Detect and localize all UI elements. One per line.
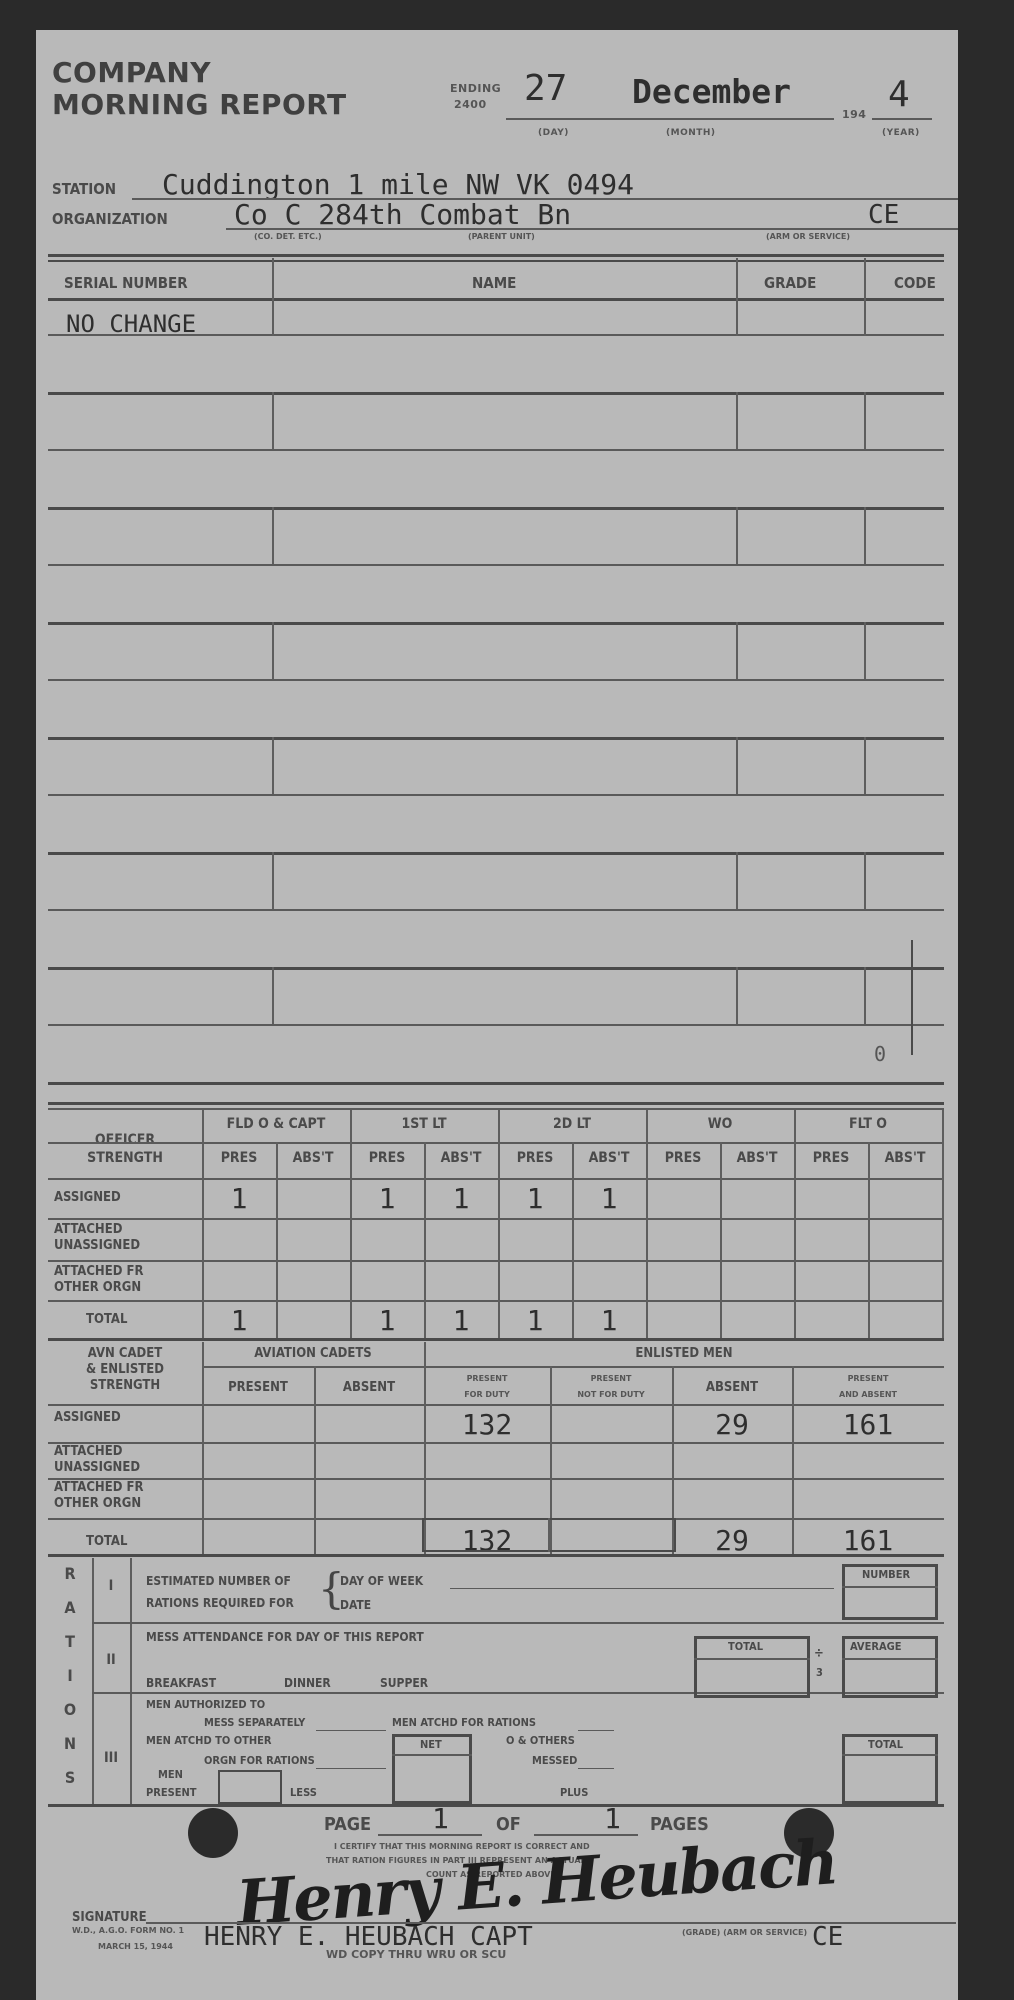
- total-pages[interactable]: 1: [604, 1802, 621, 1835]
- signature-label: SIGNATURE: [72, 1910, 147, 1925]
- enlisted-subheader-2: AND ABSENT: [792, 1390, 944, 1399]
- morning-report-form: COMPANY MORNING REPORT ENDING 2400 27 De…: [36, 30, 958, 2000]
- officer-cell[interactable]: 1: [498, 1182, 572, 1215]
- officer-cell[interactable]: 1: [350, 1182, 424, 1215]
- men-atchd-other-line1: MEN ATCHD TO OTHER: [146, 1734, 272, 1747]
- rations-roman-divider: [130, 1558, 132, 1804]
- year-caption: (YEAR): [882, 128, 920, 138]
- page-number-underline: [378, 1834, 482, 1836]
- form-date: MARCH 15, 1944: [98, 1942, 173, 1951]
- enlisted-col-divider: [314, 1366, 316, 1554]
- organization-arm[interactable]: CE: [868, 200, 899, 230]
- rations-side-letter: I: [50, 1666, 90, 1685]
- officer-top-border: [48, 1102, 944, 1105]
- dinner-label: DINNER: [284, 1676, 331, 1690]
- roster-header-col-divider: [272, 258, 274, 336]
- enlisted-row-label: ASSIGNED: [54, 1410, 121, 1425]
- o-others-line2: MESSED: [532, 1754, 577, 1767]
- col-name: NAME: [472, 274, 516, 292]
- officer-sub-pres: PRES: [646, 1150, 720, 1166]
- roster-col-divider: [272, 737, 274, 794]
- enlisted-title-2: & ENLISTED: [50, 1362, 200, 1377]
- roster-col-divider: [736, 967, 738, 1024]
- col-serial-number: SERIAL NUMBER: [64, 274, 188, 292]
- form-number: W.D., A.G.O. FORM NO. 1: [72, 1926, 184, 1935]
- station-label: STATION: [52, 180, 116, 198]
- roster-col-divider: [736, 622, 738, 679]
- enlisted-bottom-border: [48, 1554, 944, 1557]
- officer-cell[interactable]: 1: [424, 1304, 498, 1337]
- form-title-company: COMPANY: [52, 56, 211, 90]
- roster-col-divider: [736, 737, 738, 794]
- enlisted-subheader: ABSENT: [314, 1380, 424, 1395]
- enlisted-subheader: PRESENT: [550, 1374, 672, 1383]
- enlisted-row-label: ATTACHED FR: [54, 1480, 143, 1495]
- ration-number-box-divider: [842, 1586, 938, 1588]
- enlisted-subheader: ABSENT: [672, 1380, 792, 1395]
- officer-cell[interactable]: 1: [424, 1182, 498, 1215]
- report-year[interactable]: 4: [888, 74, 910, 115]
- enlisted-row-line: [48, 1478, 944, 1480]
- officer-row-label-2: UNASSIGNED: [54, 1238, 140, 1253]
- enlisted-row-line: [48, 1404, 944, 1406]
- report-day[interactable]: 27: [524, 68, 567, 109]
- roster-line: [48, 967, 944, 970]
- organization-value[interactable]: Co C 284th Combat Bn: [234, 198, 571, 231]
- ending-label: ENDING: [450, 82, 501, 95]
- margin-zero-mark: 0: [874, 1042, 886, 1066]
- officer-group-3: WO: [646, 1116, 794, 1132]
- section-iii: III: [92, 1750, 130, 1766]
- officer-strength-title: OFFICER: [50, 1132, 200, 1148]
- officer-row-label: ATTACHED: [54, 1222, 122, 1237]
- officer-top-border-2: [48, 1108, 944, 1110]
- men-authorized-line1: MEN AUTHORIZED TO: [146, 1698, 265, 1711]
- officer-row-label-2: OTHER ORGN: [54, 1280, 141, 1295]
- enlisted-subheader-2: NOT FOR DUTY: [550, 1390, 672, 1399]
- roster-line: [48, 1082, 944, 1085]
- ration-number-label: NUMBER: [862, 1568, 910, 1581]
- mess-separately-field[interactable]: [316, 1730, 386, 1731]
- enlisted-row-line: [48, 1442, 944, 1444]
- mess-total-label: TOTAL: [728, 1640, 763, 1653]
- men-present-box[interactable]: [218, 1770, 282, 1804]
- officer-sub-pres: PRES: [498, 1150, 572, 1166]
- roster-col-divider: [272, 622, 274, 679]
- of-label: OF: [496, 1814, 521, 1835]
- rations-side-letter: S: [50, 1768, 90, 1787]
- roster-line: [48, 392, 944, 395]
- net-box-divider: [392, 1754, 472, 1756]
- estimated-rations-line1: ESTIMATED NUMBER OF: [146, 1574, 291, 1588]
- rations-section-line: [92, 1622, 944, 1624]
- typed-officer-arm[interactable]: CE: [812, 1922, 843, 1952]
- enlisted-cell[interactable]: 29: [672, 1524, 792, 1557]
- officer-row-label: ASSIGNED: [54, 1190, 121, 1205]
- roster-header-divider: [48, 298, 944, 301]
- enlisted-row-label: TOTAL: [86, 1534, 127, 1549]
- enlisted-col-divider: [202, 1342, 204, 1554]
- roster-line: [48, 909, 944, 911]
- enlisted-row-label: ATTACHED: [54, 1444, 122, 1459]
- roster-line: [48, 334, 944, 336]
- day-of-week-field[interactable]: [450, 1588, 834, 1589]
- enlisted-subheader: PRESENT: [792, 1374, 944, 1383]
- caption-grade-arm: (GRADE) (ARM OR SERVICE): [682, 1928, 807, 1937]
- officer-cell[interactable]: 1: [498, 1304, 572, 1337]
- enlisted-subheader: PRESENT: [424, 1374, 550, 1383]
- roster-line: [48, 564, 944, 566]
- officer-cell[interactable]: 1: [202, 1304, 276, 1337]
- officer-sub-abst: ABS'T: [720, 1150, 794, 1166]
- roster-line: [48, 1024, 944, 1026]
- caption-co-det: (CO. DET. ETC.): [254, 232, 322, 241]
- mess-average-label: AVERAGE: [850, 1640, 902, 1653]
- officer-sub-pres: PRES: [202, 1150, 276, 1166]
- officer-sub-abst: ABS'T: [868, 1150, 942, 1166]
- margin-pencil-mark: [911, 940, 913, 1055]
- officer-row-line: [48, 1218, 944, 1220]
- copy-note: WD COPY THRU WRU OR SCU: [326, 1948, 506, 1961]
- officer-cell[interactable]: 1: [572, 1182, 646, 1215]
- officer-strength-title-2: STRENGTH: [50, 1150, 200, 1166]
- rations-side-letter: T: [50, 1632, 90, 1651]
- officer-row-line: [48, 1300, 944, 1302]
- roster-line: [48, 622, 944, 625]
- section-ii: II: [92, 1652, 130, 1668]
- year-prefix: 194: [842, 108, 866, 121]
- divide-sign: ÷: [814, 1646, 824, 1661]
- officer-col-divider: [942, 1110, 944, 1340]
- page-number[interactable]: 1: [432, 1802, 449, 1835]
- officer-row-line: [48, 1260, 944, 1262]
- men-atchd-other-line2: ORGN FOR RATIONS: [204, 1754, 315, 1767]
- roster-col-divider: [736, 852, 738, 909]
- organization-label: ORGANIZATION: [52, 210, 168, 228]
- rations-side-letter: A: [50, 1598, 90, 1617]
- roster-col-divider: [864, 967, 866, 1024]
- section3-total-box-divider: [842, 1754, 938, 1756]
- officer-sub-abst: ABS'T: [424, 1150, 498, 1166]
- men-present-line1: MEN: [158, 1768, 183, 1781]
- date-underline: [506, 118, 834, 120]
- roster-top-border: [48, 254, 944, 257]
- roster-col-divider: [272, 852, 274, 909]
- divide-by: 3: [816, 1666, 823, 1679]
- officer-col-divider: [868, 1142, 870, 1340]
- roster-col-divider: [864, 507, 866, 564]
- roster-line: [48, 679, 944, 681]
- officer-sub-abst: ABS'T: [276, 1150, 350, 1166]
- roster-col-divider: [736, 507, 738, 564]
- enlisted-row-label-2: OTHER ORGN: [54, 1496, 141, 1511]
- officer-sub-abst: ABS'T: [572, 1150, 646, 1166]
- binder-hole-left: [188, 1808, 238, 1858]
- roster-line: [48, 737, 944, 740]
- men-present-line2: PRESENT: [146, 1786, 197, 1799]
- enlisted-subheader-2: FOR DUTY: [424, 1390, 550, 1399]
- total-pages-underline: [534, 1834, 638, 1836]
- roster-col-divider: [864, 392, 866, 449]
- roster-line: [48, 794, 944, 796]
- total-present-box-divider: [548, 1518, 550, 1552]
- estimated-rations-line2: RATIONS REQUIRED FOR: [146, 1596, 294, 1610]
- less-label: LESS: [290, 1786, 317, 1799]
- roster-col-divider: [864, 622, 866, 679]
- roster-col-divider: [272, 967, 274, 1024]
- roster-col-divider: [864, 852, 866, 909]
- breakfast-label: BREAKFAST: [146, 1676, 216, 1690]
- officer-group-0: FLD O & CAPT: [202, 1116, 350, 1132]
- officer-cell[interactable]: 1: [572, 1304, 646, 1337]
- col-grade: GRADE: [764, 274, 816, 292]
- officer-group-2: 2D LT: [498, 1116, 646, 1132]
- enlisted-title-3: STRENGTH: [50, 1378, 200, 1393]
- supper-label: SUPPER: [380, 1676, 428, 1690]
- plus-label: PLUS: [560, 1786, 588, 1799]
- rations-bottom-border: [48, 1804, 944, 1807]
- officer-bottom-border: [48, 1338, 944, 1341]
- men-atchd-other-field[interactable]: [316, 1768, 386, 1769]
- roster-col-divider: [272, 507, 274, 564]
- officer-col-divider: [720, 1142, 722, 1340]
- enlisted-cell[interactable]: 132: [424, 1408, 550, 1441]
- officer-group-1: 1ST LT: [350, 1116, 498, 1132]
- roster-line: [48, 507, 944, 510]
- col-code: CODE: [894, 274, 936, 292]
- rations-side-divider: [92, 1558, 94, 1804]
- mess-total-box-divider: [694, 1658, 810, 1660]
- officer-group-4: FLT O: [794, 1116, 942, 1132]
- officer-sub-pres: PRES: [350, 1150, 424, 1166]
- officer-cell[interactable]: 1: [202, 1182, 276, 1215]
- page-label: PAGE: [324, 1814, 371, 1835]
- aviation-cadets-header: AVIATION CADETS: [202, 1346, 424, 1361]
- caption-arm-service: (ARM OR SERVICE): [766, 232, 850, 241]
- caption-parent-unit: (PARENT UNIT): [468, 232, 535, 241]
- men-authorized-line2: MESS SEPARATELY: [204, 1716, 305, 1729]
- day-caption: (DAY): [538, 128, 569, 138]
- section3-total-label: TOTAL: [868, 1738, 903, 1751]
- rations-section-line: [92, 1692, 944, 1694]
- roster-line: [48, 852, 944, 855]
- enlisted-cell[interactable]: 161: [792, 1408, 944, 1441]
- enlisted-cell[interactable]: 29: [672, 1408, 792, 1441]
- section-i: I: [92, 1578, 130, 1594]
- mess-average-box-divider: [842, 1658, 938, 1660]
- roster-col-divider: [736, 392, 738, 449]
- report-month[interactable]: December: [632, 72, 791, 111]
- month-caption: (MONTH): [666, 128, 716, 138]
- o-others-field[interactable]: [578, 1768, 614, 1769]
- men-atchd-rations-label: MEN ATCHD FOR RATIONS: [392, 1716, 536, 1729]
- rations-side-letter: R: [50, 1564, 90, 1583]
- officer-col-divider: [794, 1110, 796, 1340]
- date-label: DATE: [340, 1598, 371, 1612]
- enlisted-subheader: PRESENT: [202, 1380, 314, 1395]
- enlisted-title-1: AVN CADET: [50, 1346, 200, 1361]
- roster-header-col-divider: [864, 258, 866, 336]
- officer-col-divider: [276, 1142, 278, 1340]
- o-others-line1: O & OTHERS: [506, 1734, 575, 1747]
- roster-header-col-divider: [736, 258, 738, 336]
- mess-attendance-title: MESS ATTENDANCE FOR DAY OF THIS REPORT: [146, 1630, 424, 1644]
- officer-row-line: [48, 1178, 944, 1180]
- ending-time: 2400: [454, 98, 487, 111]
- men-atchd-rations-field[interactable]: [578, 1730, 614, 1731]
- roster-col-divider: [272, 392, 274, 449]
- year-underline: [872, 118, 932, 120]
- officer-cell[interactable]: 1: [350, 1304, 424, 1337]
- rations-side-letter: O: [50, 1700, 90, 1719]
- roster-top-border-2: [48, 260, 944, 262]
- day-of-week-label: DAY OF WEEK: [340, 1574, 423, 1588]
- officer-row-label: TOTAL: [86, 1312, 127, 1327]
- organization-underline: [226, 228, 958, 230]
- officer-col-divider: [646, 1110, 648, 1340]
- roster-col-divider: [864, 737, 866, 794]
- rations-side-letter: N: [50, 1734, 90, 1753]
- net-label: NET: [420, 1738, 442, 1751]
- station-value[interactable]: Cuddington 1 mile NW VK 0494: [162, 168, 634, 201]
- officer-row-label: ATTACHED FR: [54, 1264, 143, 1279]
- enlisted-row-label-2: UNASSIGNED: [54, 1460, 140, 1475]
- enlisted-men-header: ENLISTED MEN: [424, 1346, 944, 1361]
- form-title-morning-report: MORNING REPORT: [52, 88, 347, 122]
- pages-label: PAGES: [650, 1814, 709, 1835]
- officer-sub-pres: PRES: [794, 1150, 868, 1166]
- roster-line: [48, 449, 944, 451]
- enlisted-cell[interactable]: 161: [792, 1524, 944, 1557]
